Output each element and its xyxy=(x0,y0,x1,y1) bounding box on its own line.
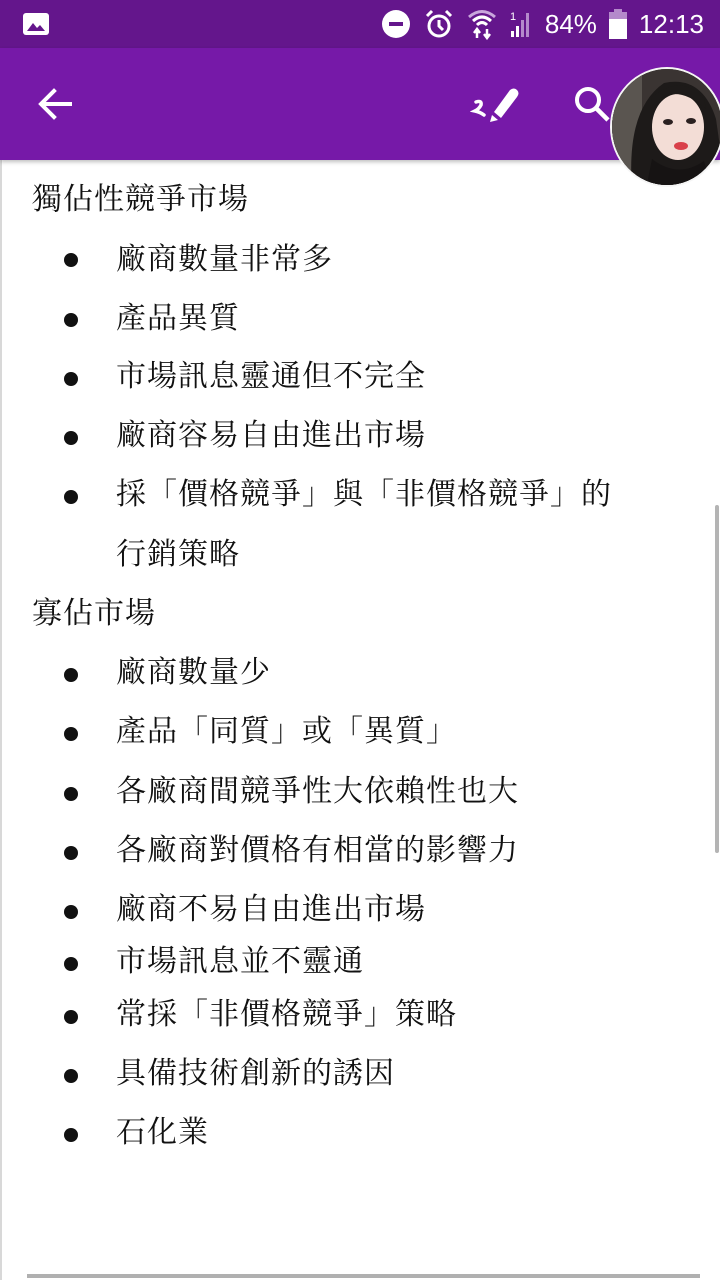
bullet-icon xyxy=(64,727,78,741)
list-item: 採「價格競爭」與「非價格競爭」的 xyxy=(116,475,612,515)
status-bar: 1 84% 12:13 xyxy=(0,0,720,48)
battery-icon xyxy=(609,9,627,39)
list-item-continuation: 行銷策略 xyxy=(116,535,240,575)
alarm-icon xyxy=(423,8,455,40)
bullet-icon xyxy=(64,1069,78,1083)
bullet-icon xyxy=(64,787,78,801)
image-notification-icon xyxy=(22,12,50,36)
back-arrow-icon xyxy=(34,82,78,126)
list-item: 具備技術創新的誘因 xyxy=(116,1054,395,1094)
list-item: 廠商數量非常多 xyxy=(116,240,333,280)
list-item: 廠商數量少 xyxy=(116,653,271,693)
bullet-icon xyxy=(64,846,78,860)
document-body: 獨佔性競爭市場 廠商數量非常多 產品異質 市場訊息靈通但不完全 廠商容易自由進出… xyxy=(0,160,720,1280)
back-button[interactable] xyxy=(34,82,78,126)
section-heading: 獨佔性競爭市場 xyxy=(32,180,249,220)
bullet-icon xyxy=(64,313,78,327)
list-item: 產品「同質」或「異質」 xyxy=(116,712,457,752)
list-item: 市場訊息靈通但不完全 xyxy=(116,357,426,397)
avatar[interactable] xyxy=(610,67,720,187)
list-item: 常採「非價格競爭」策略 xyxy=(116,995,457,1035)
bullet-icon xyxy=(64,668,78,682)
wifi-icon xyxy=(467,8,497,40)
cell-signal-icon: 1 xyxy=(509,9,533,39)
draw-icon xyxy=(470,82,524,126)
search-icon xyxy=(570,82,614,126)
list-item: 市場訊息並不靈通 xyxy=(116,942,364,982)
vertical-scrollbar[interactable] xyxy=(715,505,719,853)
list-item: 各廠商間競爭性大依賴性也大 xyxy=(116,772,519,812)
list-item: 石化業 xyxy=(116,1113,209,1153)
bullet-icon xyxy=(64,372,78,386)
section-heading: 寡佔市場 xyxy=(32,594,156,634)
list-item: 廠商不易自由進出市場 xyxy=(116,890,426,930)
page-bottom-divider xyxy=(27,1274,700,1278)
search-button[interactable] xyxy=(570,82,614,126)
draw-button[interactable] xyxy=(470,82,524,126)
svg-text:1: 1 xyxy=(510,11,516,23)
profile-photo xyxy=(612,69,720,187)
list-item: 各廠商對價格有相當的影響力 xyxy=(116,831,519,871)
bullet-icon xyxy=(64,253,78,267)
do-not-disturb-icon xyxy=(381,9,411,39)
bullet-icon xyxy=(64,1128,78,1142)
battery-percent: 84% xyxy=(545,9,597,40)
bullet-icon xyxy=(64,957,78,971)
clock: 12:13 xyxy=(639,9,704,40)
bullet-icon xyxy=(64,490,78,504)
bullet-icon xyxy=(64,905,78,919)
list-item: 產品異質 xyxy=(116,299,240,339)
bullet-icon xyxy=(64,431,78,445)
list-item: 廠商容易自由進出市場 xyxy=(116,416,426,456)
bullet-icon xyxy=(64,1010,78,1024)
